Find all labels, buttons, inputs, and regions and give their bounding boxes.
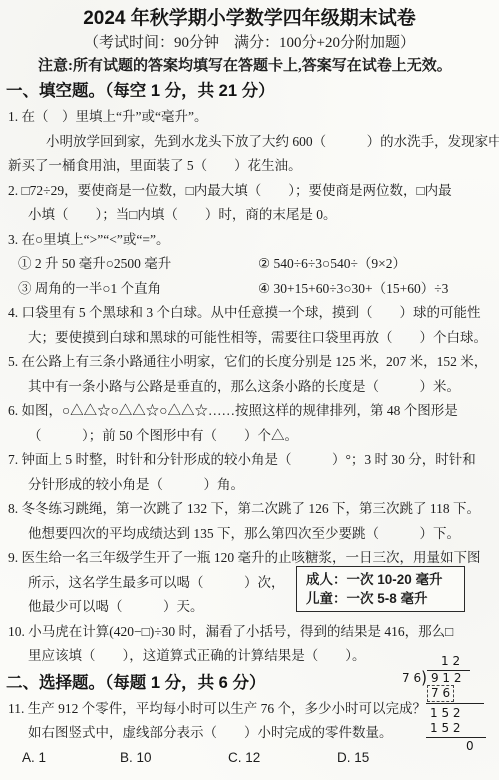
dosage-figure-box: 成人：一次 10-20 毫升 儿童：一次 5-8 毫升: [296, 566, 465, 612]
long-division-figure: 1 2 7 6)9 1 2 7 6 1 5 2 1 5 2 0: [402, 654, 498, 754]
q3-item-3: ③ 周角的一半○1 个直角: [18, 277, 258, 302]
q1-line-1: 1. 在（ ）里填上“升”或“毫升”。: [0, 105, 499, 130]
dosage-child-line: 儿童：一次 5-8 毫升: [306, 589, 464, 608]
division-divisor: 7 6: [402, 671, 421, 686]
q1-line-2: 小明放学回到家，先到水龙头下放了大约 600（ ）的水洗手，发现家中: [0, 130, 499, 155]
division-bracket: ): [421, 670, 427, 687]
q10-line-1: 10. 小马虎在计算(420−□)÷30 时，漏看了小括号，得到的结果是 416…: [0, 620, 499, 645]
q11-option-b: B. 10: [120, 746, 228, 771]
q4-line-1: 4. 口袋里有 5 个黑球和 3 个白球。从中任意摸一个球，摸到（ ）球的可能性: [0, 301, 499, 326]
section-1-heading: 一、填空题。（每空 1 分，共 21 分）: [0, 78, 499, 105]
q3-item-4: ④ 30+15+60÷3○30+（15+60）÷3: [258, 277, 499, 302]
q3-item-1: ① 2 升 50 毫升○2500 毫升: [18, 252, 258, 277]
page-title: 2024 年秋学期小学数学四年级期末试卷: [0, 6, 499, 32]
division-dividend: 9 1 2: [427, 670, 470, 686]
q4-line-2: 大；要使摸到白球和黑球的可能性相等，需要往口袋里再放（ ）个白球。: [0, 326, 499, 351]
division-step-1-dashed-box: 7 6: [427, 685, 454, 702]
q5-line-1: 5. 在公路上有三条小路通往小明家，它们的长度分别是 125 米，207 米，1…: [0, 350, 499, 375]
q6-line-2: （ ）；前 50 个图形中有（ ）个△。: [0, 424, 499, 449]
division-quotient: 1 2: [402, 654, 498, 669]
q7-line-2: 分针形成的较小角是（ ）角。: [0, 473, 499, 498]
q3-items-row-1: ① 2 升 50 毫升○2500 毫升 ② 540÷6÷3○540÷（9×2）: [0, 252, 499, 277]
q7-line-1: 7. 钟面上 5 时整，时针和分针形成的较小角是（ ）°；3 时 30 分，时针…: [0, 448, 499, 473]
q5-line-2: 其中有一条小路与公路是垂直的，那么这条小路的长度是（ ）米。: [0, 375, 499, 400]
division-remainder: 0: [466, 739, 498, 754]
division-step-1-row: 7 6: [426, 686, 484, 704]
q3-item-2: ② 540÷6÷3○540÷（9×2）: [258, 252, 499, 277]
q1-line-3: 新买了一桶食用油，里面装了 5（ ）花生油。: [0, 154, 499, 179]
q8-line-1: 8. 冬冬练习跳绳，第一次跳了 132 下，第二次跳了 126 下，第三次跳了 …: [0, 497, 499, 522]
division-main-row: 7 6)9 1 2: [402, 669, 498, 686]
division-step-2: 1 5 2: [430, 706, 498, 721]
dosage-adult-line: 成人：一次 10-20 毫升: [306, 570, 464, 589]
exam-paper-page: 2024 年秋学期小学数学四年级期末试卷 （考试时间：90分钟 满分：100分+…: [0, 0, 499, 780]
q2-line-2: 小填（ ）；当□内填（ ）时，商的末尾是 0。: [0, 203, 499, 228]
q2-line-1: 2. □72÷29，要使商是一位数，□内最大填（ ）；要使商是两位数，□内最: [0, 179, 499, 204]
q6-line-1: 6. 如图，○△△☆○△△☆○△△☆……按照这样的规律排列，第 48 个图形是: [0, 399, 499, 424]
q3-items-row-2: ③ 周角的一半○1 个直角 ④ 30+15+60÷3○30+（15+60）÷3: [0, 277, 499, 302]
q11-option-c: C. 12: [228, 746, 337, 771]
exam-notice: 注意:所有试题的答案均填写在答题卡上,答案写在试卷上无效。: [0, 54, 499, 78]
exam-meta: （考试时间：90分钟 满分：100分+20分附加题）: [0, 32, 499, 54]
q11-option-a: A. 1: [22, 746, 120, 771]
division-step-3: 1 5 2: [430, 721, 461, 735]
division-step-3-row: 1 5 2: [426, 721, 486, 738]
q3-line-1: 3. 在○里填上“>”“<”或“=”。: [0, 228, 499, 253]
q8-line-2: 他想要四次的平均成绩达到 135 下，那么第四次至少要跳（ ）下。: [0, 522, 499, 547]
